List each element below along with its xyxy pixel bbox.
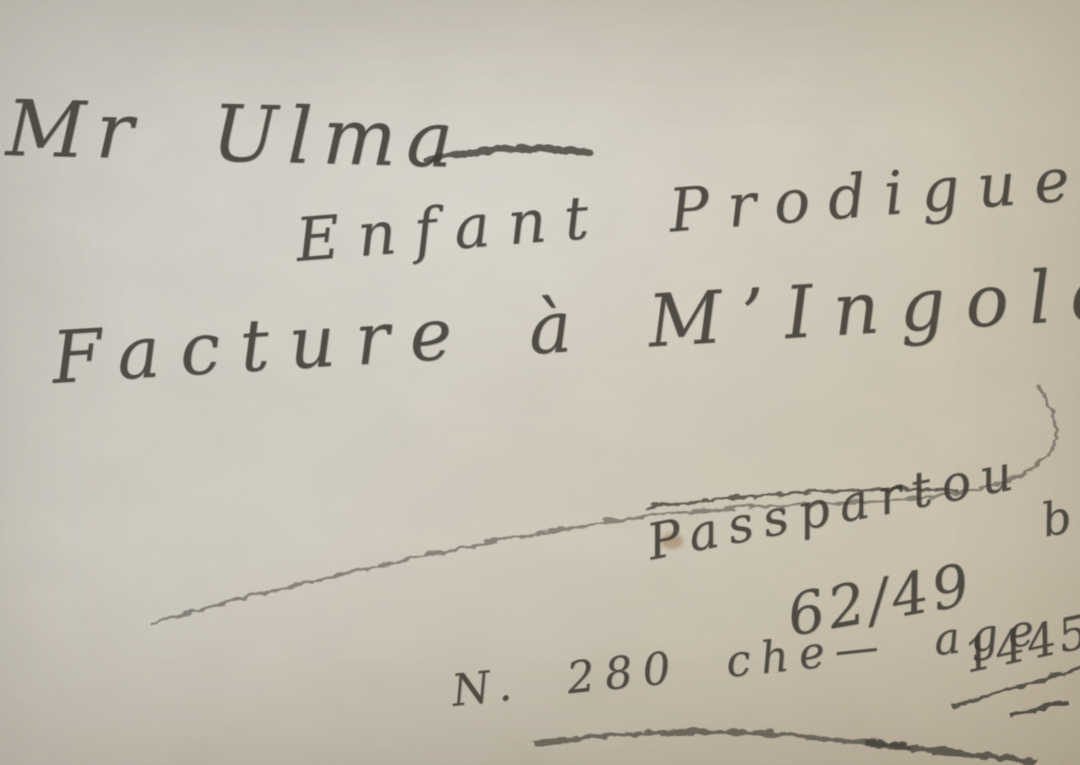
- handwritten-line-note: N. 280 che— age: [449, 604, 1046, 717]
- handwritten-line-invoice: Facture à M’Ingold: [49, 250, 1080, 400]
- underline-stroke-long: [534, 730, 906, 745]
- photo-of-handwritten-note: Mr Ulma Enfant Prodigue Facture à M’Ingo…: [0, 0, 1080, 765]
- underline-stroke-dark: [865, 742, 1032, 760]
- dash-after-age-stroke: [1010, 701, 1064, 713]
- handwritten-line-addressee: Mr Ulma: [5, 84, 464, 186]
- handwritten-fragment-b: b: [1037, 489, 1075, 547]
- handwritten-line-passport: Passpartou: [642, 442, 1027, 572]
